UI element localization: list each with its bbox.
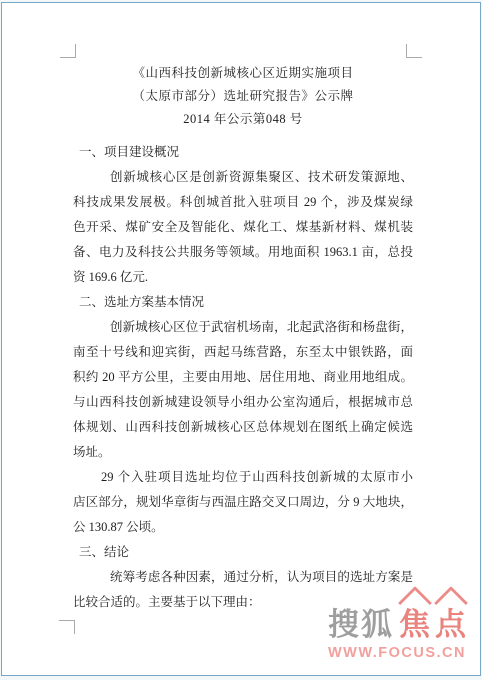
paragraph-line: 体规划、山西科技创新城核心区总体规划在图纸上确定候选	[73, 415, 413, 440]
paragraph-line: 南至十号线和迎宾街，西起马练营路，东至太中银铁路，面	[73, 340, 413, 365]
crop-mark-top-right-icon	[406, 44, 422, 58]
section-heading: 二、选址方案基本情况	[73, 290, 413, 315]
section-heading: 一、项目建设概况	[73, 140, 413, 165]
watermark-brand-gray: 搜狐	[328, 599, 394, 644]
watermark-house-1: 焦	[399, 599, 430, 644]
paragraph-line: 创新城核心区是创新资源集聚区、技术研发策源地、	[73, 165, 413, 190]
paragraph-line: 店区部分，规划华章街与西温庄路交叉口周边，分 9 大地块，	[73, 490, 413, 515]
paragraph-line: 创新城核心区位于武宿机场南，北起武洛街和杨盘街，	[73, 315, 413, 340]
watermark-brand: 搜狐 焦 点	[328, 604, 466, 644]
paragraph-line: 积约 20 平方公里，主要由用地、居住用地、商业用地组成。	[73, 365, 413, 390]
paragraph-line: 色开采、煤矿安全及智能化、煤化工、煤基新材料、煤机装	[73, 215, 413, 240]
document-content: 《山西科技创新城核心区近期实施项目 （太原市部分）选址研究报告》公示牌 2014…	[73, 62, 413, 615]
crop-mark-top-left-icon	[60, 44, 76, 58]
paragraph-line: 资 169.6 亿元.	[73, 265, 413, 290]
screenshot-root: { "page": { "border_color": "#79a7c6" },…	[0, 0, 482, 680]
paragraph-line: 科技成果发展极。科创城首批入驻项目 29 个，涉及煤炭绿	[73, 190, 413, 215]
document-title-line-1: 《山西科技创新城核心区近期实施项目	[73, 62, 413, 85]
watermark: 搜狐 焦 点 WWW.FOCUS.CN	[328, 604, 466, 661]
paragraph-line: 统筹考虑各种因素，通过分析，认为项目的选址方案是	[73, 565, 413, 590]
document-title-line-2: （太原市部分）选址研究报告》公示牌	[73, 85, 413, 108]
document-body: 一、项目建设概况创新城核心区是创新资源集聚区、技术研发策源地、科技成果发展极。科…	[73, 140, 413, 615]
watermark-house-2: 点	[435, 599, 466, 644]
section-heading: 三、结论	[73, 540, 413, 565]
paragraph-line: 29 个入驻项目选址均位于山西科技创新城的太原市小	[73, 465, 413, 490]
watermark-url: WWW.FOCUS.CN	[328, 645, 466, 661]
paragraph-line: 场址。	[73, 440, 413, 465]
paragraph-line: 备、电力及科技公共服务等领域。用地面积 1963.1 亩，总投	[73, 240, 413, 265]
paragraph-line: 与山西科技创新城建设领导小组办公室沟通后，根据城市总	[73, 390, 413, 415]
crop-mark-bottom-left-icon	[59, 620, 75, 634]
document-notice-number: 2014 年公示第048 号	[73, 108, 413, 131]
paragraph-line: 公 130.87 公顷。	[73, 515, 413, 540]
